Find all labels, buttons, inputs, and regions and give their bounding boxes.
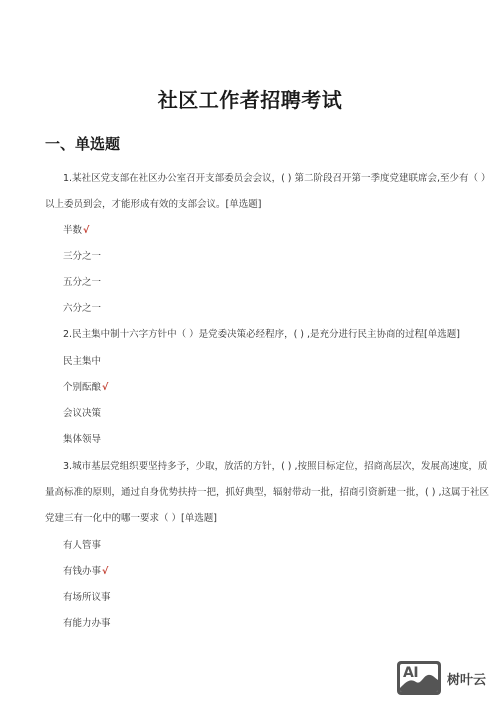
question-2-option-b[interactable]: 个别酝酿√ [63, 382, 108, 394]
option-label: 个别酝酿 [63, 382, 101, 393]
question-2-option-d[interactable]: 集体领导 [63, 434, 101, 446]
question-3-option-d[interactable]: 有能力办事 [63, 618, 111, 630]
ai-image-icon: AI [397, 661, 441, 695]
question-1-option-c[interactable]: 五分之一 [63, 277, 101, 289]
correct-check-icon: √ [102, 382, 108, 393]
question-2-option-a[interactable]: 民主集中 [63, 356, 101, 368]
correct-check-icon: √ [83, 225, 89, 236]
option-label: 五分之一 [63, 277, 101, 288]
option-label: 集体领导 [63, 434, 101, 445]
option-label: 三分之一 [63, 251, 101, 262]
question-3-text-line-3: 党建三有一化中的哪一要求（ ）[单选题] [45, 513, 217, 525]
question-3-text-line-2: 量高标准的原则，通过自身优势扶持一把，抓好典型，辐射带动一批，招商引资新建一批，… [45, 487, 489, 499]
question-1-text-line-1: 1.某社区党支部在社区办公室召开支部委员会会议，( ) 第二阶段召开第一季度党建… [63, 173, 491, 185]
question-1-option-a[interactable]: 半数√ [63, 225, 89, 237]
question-1-text-line-2: 以上委员到会，才能形成有效的支部会议。[单选题] [45, 199, 261, 211]
section-title: 一、单选题 [45, 133, 120, 154]
option-label: 民主集中 [63, 356, 101, 367]
question-3-text-line-1: 3.城市基层党组织要坚持多予，少取，放活的方针，( ) ,按照目标定位，招商高层… [63, 461, 488, 473]
watermark-logo: AI 树叶云 [397, 661, 486, 695]
correct-check-icon: √ [102, 566, 108, 577]
brand-name: 树叶云 [447, 669, 486, 688]
option-label: 半数 [63, 225, 82, 236]
question-3-option-a[interactable]: 有人管事 [63, 540, 101, 552]
logo-ai-text: AI [403, 665, 418, 681]
question-3-option-b[interactable]: 有钱办事√ [63, 566, 108, 578]
question-2-option-c[interactable]: 会议决策 [63, 408, 101, 420]
option-label: 有钱办事 [63, 566, 101, 577]
option-label: 会议决策 [63, 408, 101, 419]
option-label: 有场所议事 [63, 592, 111, 603]
question-1-option-b[interactable]: 三分之一 [63, 251, 101, 263]
question-3-option-c[interactable]: 有场所议事 [63, 592, 111, 604]
option-label: 六分之一 [63, 303, 101, 314]
option-label: 有能力办事 [63, 618, 111, 629]
page-title: 社区工作者招聘考试 [0, 84, 500, 113]
question-2-text-line-1: 2.民主集中制十六字方针中（ ）是党委决策必经程序，( ) ,是充分进行民主协商… [63, 329, 460, 341]
question-1-option-d[interactable]: 六分之一 [63, 303, 101, 315]
option-label: 有人管事 [63, 540, 101, 551]
